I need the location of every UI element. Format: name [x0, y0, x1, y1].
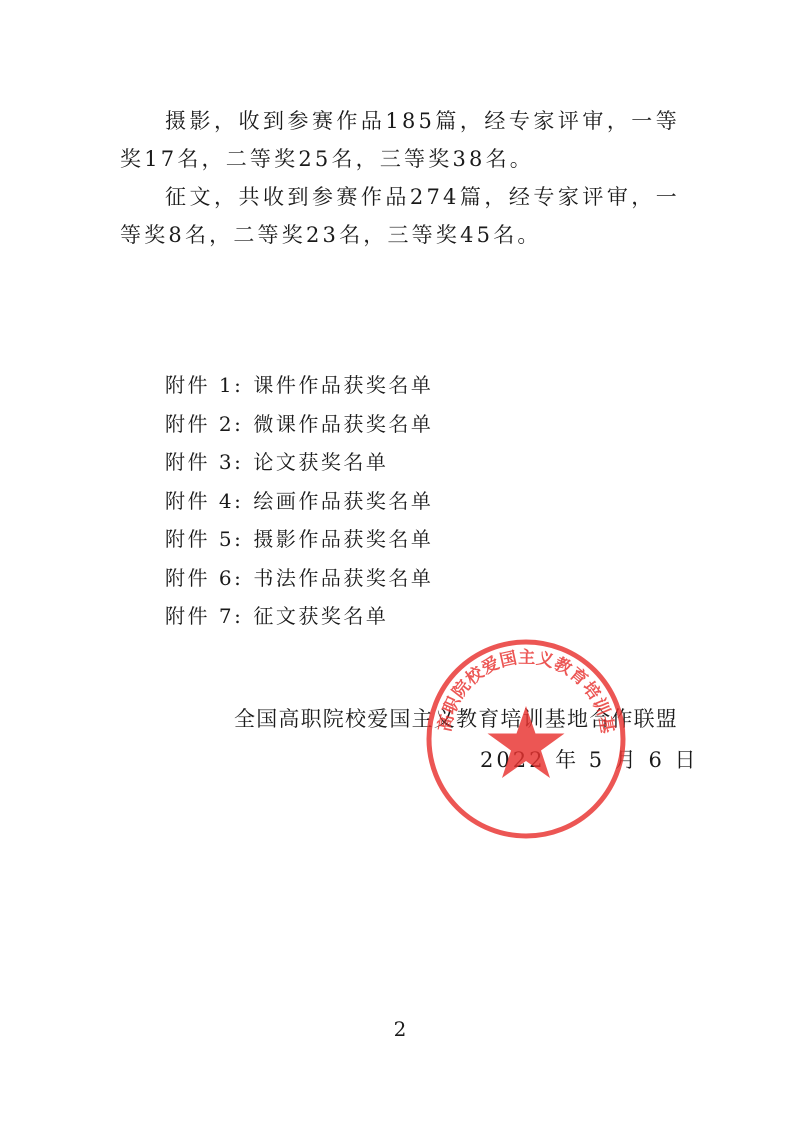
attachment-label: 附件 1:: [165, 373, 243, 397]
attachment-label: 附件 5:: [165, 527, 243, 551]
attachment-label: 附件 7:: [165, 604, 243, 628]
attachment-title: 摄影作品获奖名单: [253, 527, 433, 551]
attachment-item: 附件 5:摄影作品获奖名单: [165, 520, 433, 559]
attachment-item: 附件 4:绘画作品获奖名单: [165, 482, 433, 521]
attachment-title: 绘画作品获奖名单: [253, 489, 433, 513]
attachment-title: 书法作品获奖名单: [253, 566, 433, 590]
paragraph-essay: 征文，共收到参赛作品274篇，经专家评审，一等奖8名，二等奖23名，三等奖45名…: [120, 178, 680, 254]
attachment-title: 征文获奖名单: [253, 604, 388, 628]
paragraph-photography: 摄影，收到参赛作品185篇，经专家评审，一等奖17名，二等奖25名，三等奖38名…: [120, 102, 680, 178]
attachment-item: 附件 7:征文获奖名单: [165, 597, 433, 636]
attachment-label: 附件 2:: [165, 412, 243, 436]
official-seal: 全国高职院校爱国主义教育培训基地合作联盟: [425, 638, 627, 840]
attachment-item: 附件 1:课件作品获奖名单: [165, 366, 433, 405]
page-number: 2: [0, 1017, 800, 1041]
attachment-title: 论文获奖名单: [253, 450, 388, 474]
attachment-title: 课件作品获奖名单: [253, 373, 433, 397]
attachment-item: 附件 2:微课作品获奖名单: [165, 405, 433, 444]
attachment-item: 附件 3:论文获奖名单: [165, 443, 433, 482]
seal-ring: [429, 642, 623, 836]
signature-organization: 全国高职院校爱国主义教育培训基地合作联盟: [234, 703, 678, 733]
document-page: 摄影，收到参赛作品185篇，经专家评审，一等奖17名，二等奖25名，三等奖38名…: [0, 0, 800, 1131]
attachment-label: 附件 3:: [165, 450, 243, 474]
signature-date: 2022 年 5 月 6 日: [480, 744, 699, 774]
attachment-item: 附件 6:书法作品获奖名单: [165, 559, 433, 598]
attachment-label: 附件 4:: [165, 489, 243, 513]
attachment-label: 附件 6:: [165, 566, 243, 590]
attachment-title: 微课作品获奖名单: [253, 412, 433, 436]
attachment-list: 附件 1:课件作品获奖名单 附件 2:微课作品获奖名单 附件 3:论文获奖名单 …: [165, 366, 433, 636]
